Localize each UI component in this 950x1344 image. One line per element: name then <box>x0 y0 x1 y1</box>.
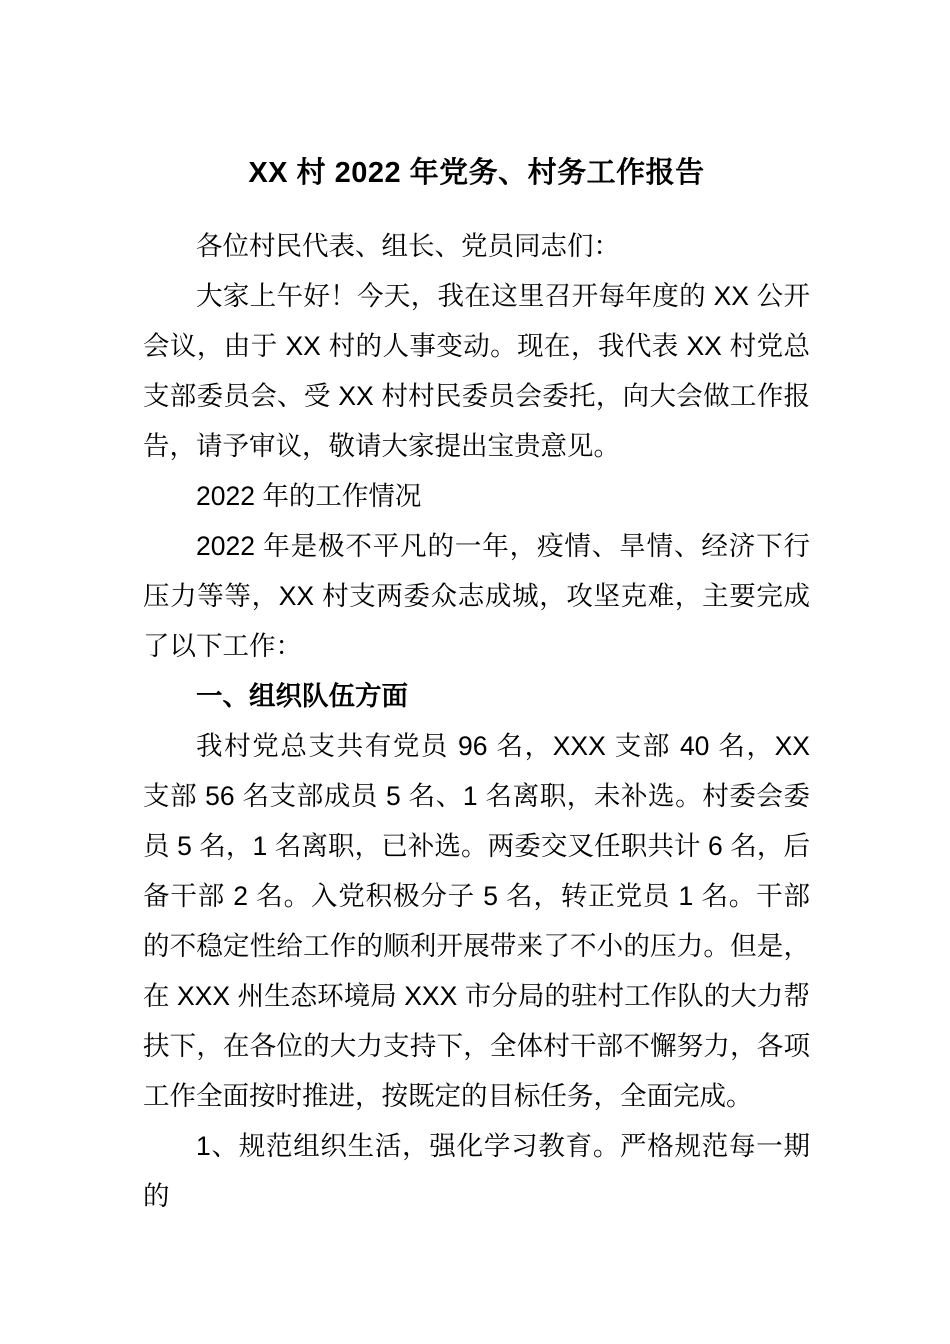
paragraph-organization-details: 我村党总支共有党员 96 名，XXX 支部 40 名，XX 支部 56 名支部成… <box>143 721 810 1121</box>
document-title: XX 村 2022 年党务、村务工作报告 <box>143 147 810 199</box>
document-page: XX 村 2022 年党务、村务工作报告 各位村民代表、组长、党员同志们： 大家… <box>0 0 950 1344</box>
paragraph-opening: 大家上午好！今天，我在这里召开每年度的 XX 公开会议，由于 XX 村的人事变动… <box>143 271 810 471</box>
paragraph-salutation: 各位村民代表、组长、党员同志们： <box>143 221 810 271</box>
document-body: 各位村民代表、组长、党员同志们： 大家上午好！今天，我在这里召开每年度的 XX … <box>143 221 810 1221</box>
paragraph-year-summary: 2022 年是极不平凡的一年，疫情、旱情、经济下行压力等等，XX 村支两委众志成… <box>143 521 810 671</box>
paragraph-item-1: 1、规范组织生活，强化学习教育。严格规范每一期的 <box>143 1121 810 1221</box>
section-heading-organization: 一、组织队伍方面 <box>143 671 810 721</box>
paragraph-year-overview-label: 2022 年的工作情况 <box>143 471 810 521</box>
